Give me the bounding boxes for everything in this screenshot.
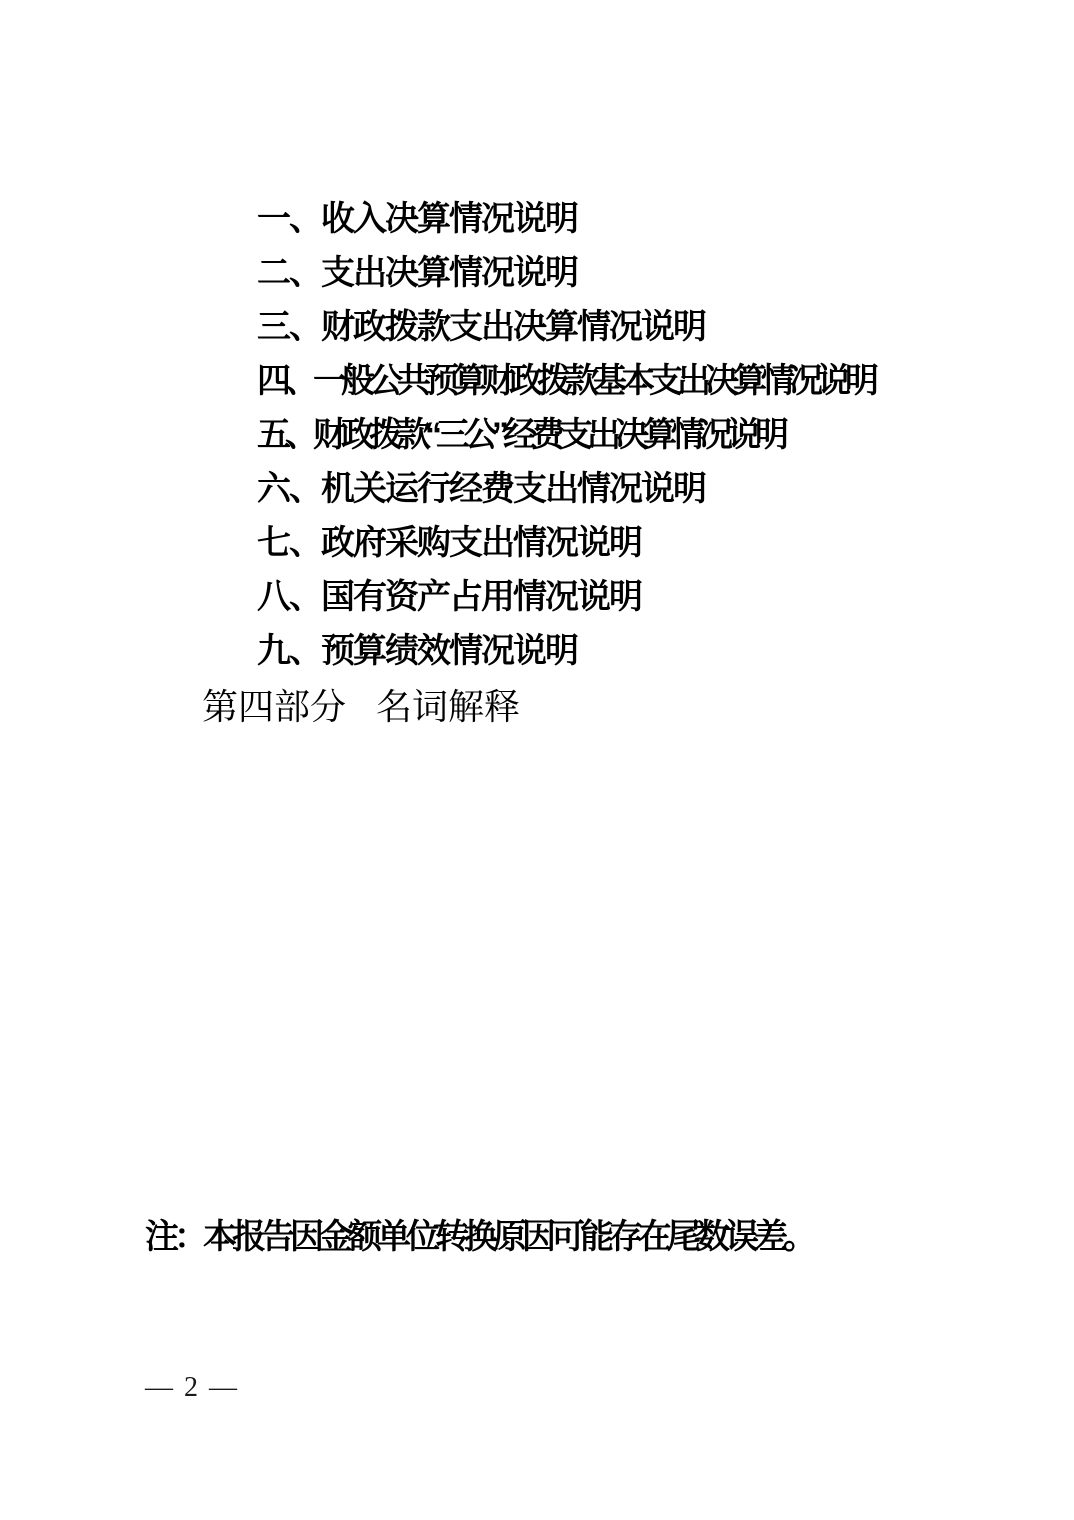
toc-item-5: 五、财政拨款“三公”经费支出决算情况说明 xyxy=(257,408,783,462)
toc-item-3: 三、财政拨款支出决算情况说明 xyxy=(257,300,705,354)
toc-item-9: 九、预算绩效情况说明 xyxy=(257,624,577,678)
toc-item-8: 八、国有资产占用情况说明 xyxy=(257,570,641,624)
section-title: 名词解释 xyxy=(376,687,520,727)
toc-item-4: 四、一般公共预算财政拨款基本支出决算情况说明 xyxy=(257,354,873,408)
document-page: 一、收入决算情况说明 二、支出决算情况说明 三、财政拨款支出决算情况说明 四、一… xyxy=(0,0,1074,1520)
toc-item-2: 二、支出决算情况说明 xyxy=(257,246,577,300)
toc-item-1: 一、收入决算情况说明 xyxy=(257,192,577,246)
page-number: — 2 — xyxy=(145,1361,239,1415)
footnote-text: 注：本报告因金额单位转换原因可能存在尾数误差。 xyxy=(145,1210,812,1264)
toc-item-7: 七、政府采购支出情况说明 xyxy=(257,516,641,570)
section-heading: 第四部分名词解释 xyxy=(202,680,520,734)
section-part-label: 第四部分 xyxy=(202,687,346,727)
toc-item-6: 六、机关运行经费支出情况说明 xyxy=(257,462,705,516)
